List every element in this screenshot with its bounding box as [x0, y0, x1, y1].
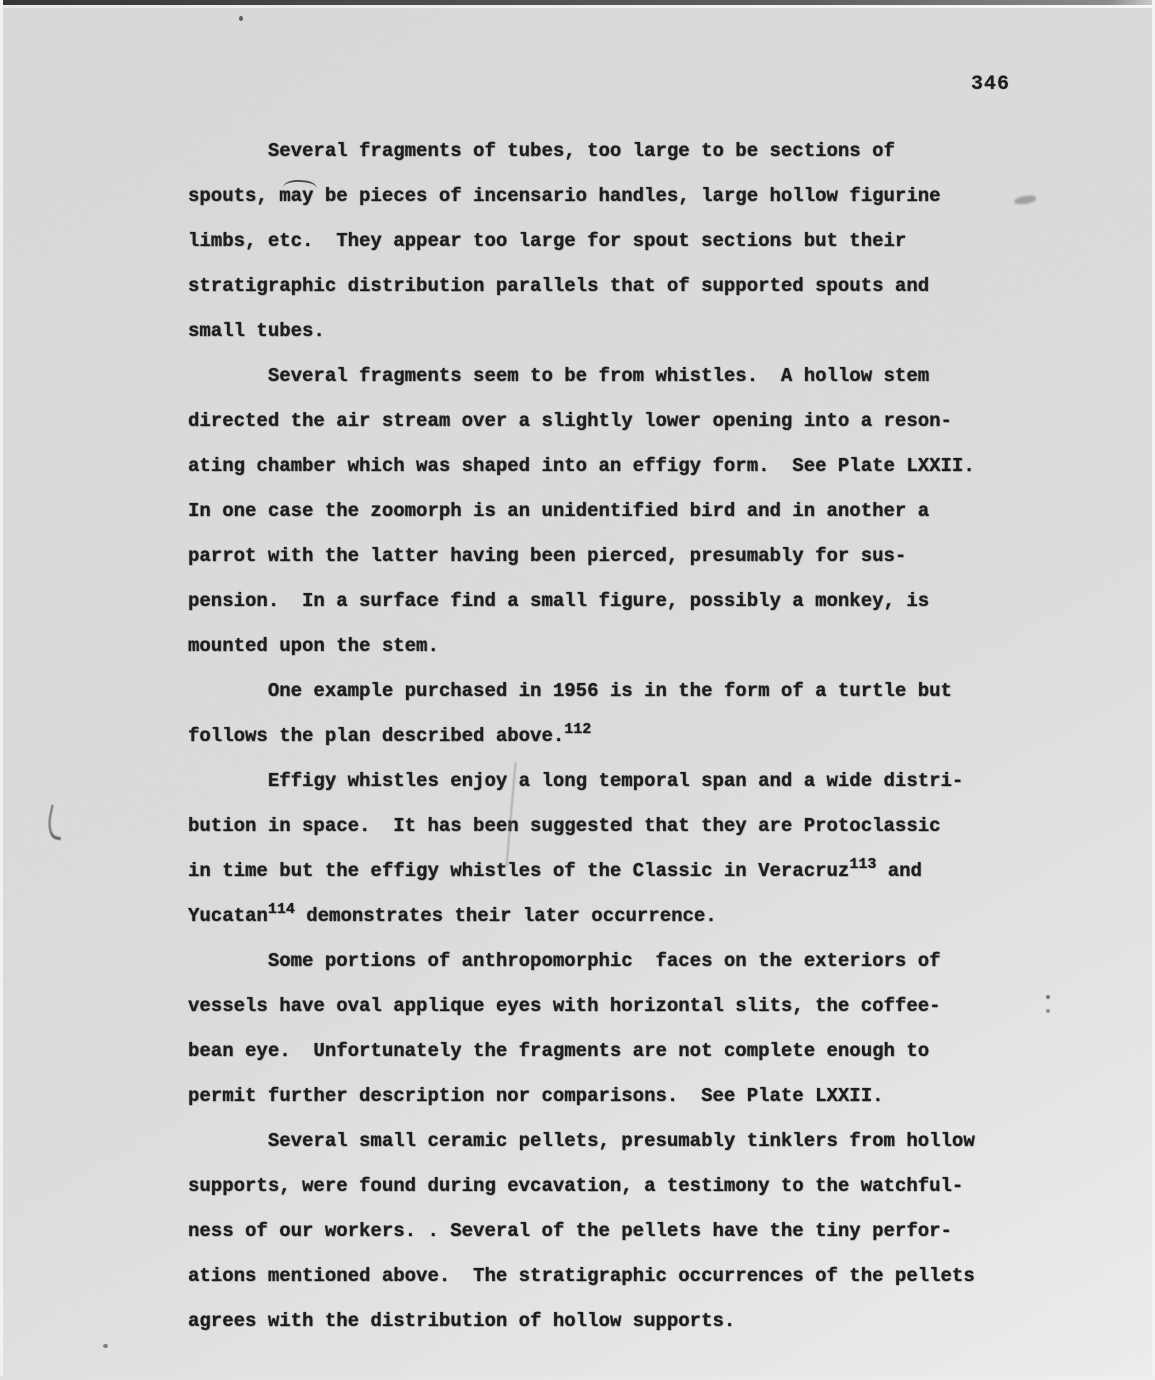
text-line: permit further description nor compariso… — [188, 1074, 1068, 1119]
text-line: ating chamber which was shaped into an e… — [188, 444, 1068, 489]
scanner-top-white-line — [0, 5, 1155, 8]
text-line: stratigraphic distribution parallels tha… — [188, 264, 1068, 309]
footnote-reference: 112 — [564, 721, 591, 738]
scanner-bottom-edge — [0, 1376, 1155, 1380]
text-line: Yucatan114 demonstrates their later occu… — [188, 894, 1068, 939]
text-line: Several small ceramic pellets, presumabl… — [188, 1119, 1068, 1164]
text-line: parrot with the latter having been pierc… — [188, 534, 1068, 579]
text-line: bean eye. Unfortunately the fragments ar… — [188, 1029, 1068, 1074]
speck-artifact — [103, 1344, 108, 1348]
text-line: pension. In a surface find a small figur… — [188, 579, 1068, 624]
text-line: follows the plan described above.112 — [188, 714, 1068, 759]
stray-hook-mark — [45, 805, 68, 841]
document-text: Several fragments of tubes, too large to… — [188, 129, 1068, 1344]
text-line: One example purchased in 1956 is in the … — [188, 669, 1068, 714]
text-line: spouts, may be pieces of incensario hand… — [188, 174, 1068, 219]
text-line: ations mentioned above. The stratigraphi… — [188, 1254, 1068, 1299]
text-line: Some portions of anthropomorphic faces o… — [188, 939, 1068, 984]
scanner-left-edge — [0, 0, 3, 1380]
text-line: agrees with the distribution of hollow s… — [188, 1299, 1068, 1344]
scanned-typescript-page: 346 Several fragments of tubes, too larg… — [0, 0, 1155, 1380]
text-line: in time but the effigy whistles of the C… — [188, 849, 1068, 894]
page-number: 346 — [971, 73, 1010, 96]
scanner-top-edge — [0, 0, 1155, 5]
text-line: Several fragments seem to be from whistl… — [188, 354, 1068, 399]
speck-artifact — [239, 16, 243, 21]
text-line: Several fragments of tubes, too large to… — [188, 129, 1068, 174]
text-line: ness of our workers. . Several of the pe… — [188, 1209, 1068, 1254]
text-line: directed the air stream over a slightly … — [188, 399, 1068, 444]
footnote-reference: 114 — [268, 901, 295, 918]
text-line: vessels have oval applique eyes with hor… — [188, 984, 1068, 1029]
text-line: In one case the zoomorph is an unidentif… — [188, 489, 1068, 534]
footnote-reference: 113 — [849, 856, 876, 873]
text-line: Effigy whistles enjoy a long temporal sp… — [188, 759, 1068, 804]
text-line: bution in space. It has been suggested t… — [188, 804, 1068, 849]
text-line: supports, were found during evcavation, … — [188, 1164, 1068, 1209]
text-line: mounted upon the stem. — [188, 624, 1068, 669]
text-line: small tubes. — [188, 309, 1068, 354]
text-line: limbs, etc. They appear too large for sp… — [188, 219, 1068, 264]
